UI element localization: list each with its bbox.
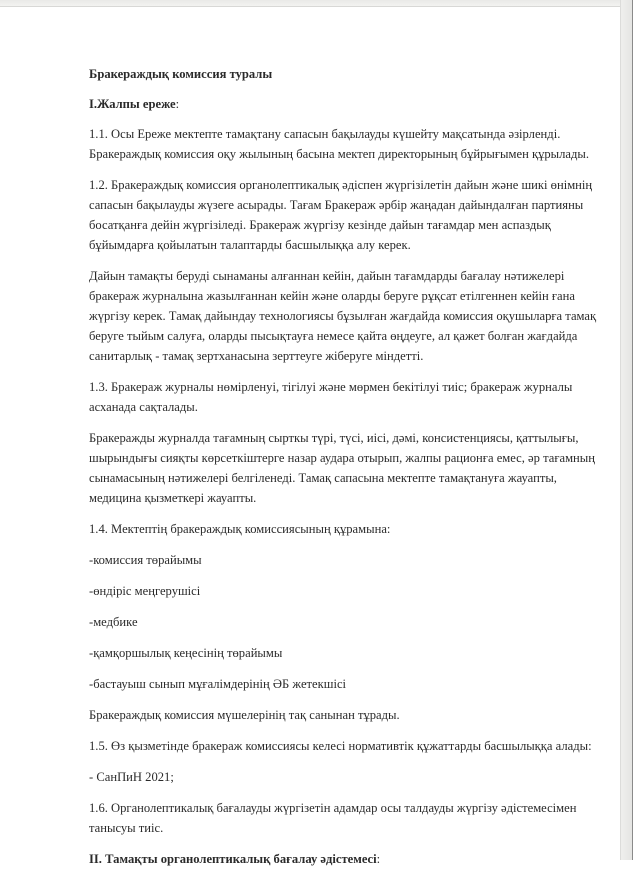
paragraph-1-5: 1.5. Өз қызметінде бракераж комиссиясы к… — [89, 736, 609, 756]
section-1-heading-text: І.Жалпы ереже — [89, 97, 176, 111]
section-2-heading: ІІ. Тамақты органолептикалық бағалау әді… — [89, 849, 609, 869]
member-item: -қамқоршылық кеңесінің төрайымы — [89, 643, 609, 663]
scan-edge-line — [632, 0, 633, 860]
section-2-heading-text: ІІ. Тамақты органолептикалық бағалау әді… — [89, 852, 377, 866]
paragraph-1-5-item: - СанПиН 2021; — [89, 767, 609, 787]
paragraph-1-4: 1.4. Мектептің бракераждық комиссиясының… — [89, 519, 609, 539]
member-item: -комиссия төрайымы — [89, 550, 609, 570]
paragraph-1-1: 1.1. Осы Ереже мектепте тамақтану сапасы… — [89, 124, 609, 164]
commission-members-list: -комиссия төрайымы -өндіріс меңгерушісі … — [89, 550, 609, 694]
document-page: Бракераждық комиссия туралы І.Жалпы ереж… — [89, 64, 609, 876]
section-2-heading-colon: : — [377, 852, 381, 866]
paragraph-1-2: 1.2. Бракераждық комиссия органолептикал… — [89, 175, 609, 255]
paragraph-1-6: 1.6. Органолептикалық бағалауды жүргізет… — [89, 798, 609, 838]
member-item: -өндіріс меңгерушісі — [89, 581, 609, 601]
section-1-heading-colon: : — [176, 97, 180, 111]
paragraph-1-4-continued: Бракераждық комиссия мүшелерінің тақ сан… — [89, 705, 609, 725]
paragraph-1-3: 1.3. Бракераж журналы нөмірленуі, тігілу… — [89, 377, 609, 417]
paragraph-1-2-continued: Дайын тамақты беруді сынаманы алғаннан к… — [89, 266, 609, 366]
paragraph-1-3-continued: Бракеражды журналда тағамның сырткы түрі… — [89, 428, 609, 508]
section-1-heading: І.Жалпы ереже: — [89, 94, 609, 114]
scan-border-top — [0, 0, 632, 7]
member-item: -медбике — [89, 612, 609, 632]
document-title: Бракераждық комиссия туралы — [89, 64, 609, 84]
member-item: -бастауыш сынып мұғалімдерінің ӘБ жетекш… — [89, 674, 609, 694]
